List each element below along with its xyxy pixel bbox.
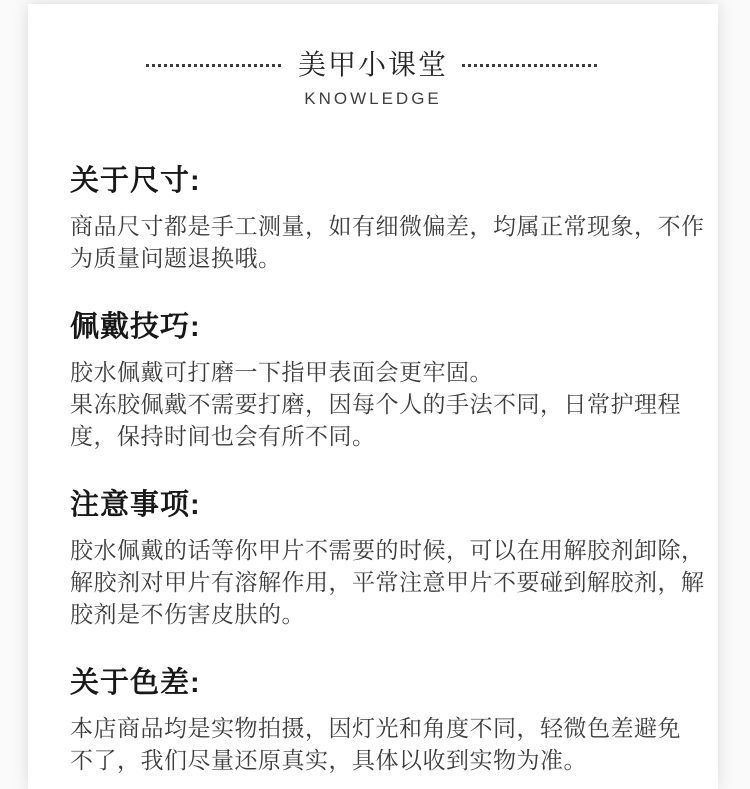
section-body-size: 商品尺寸都是手工测量，如有细微偏差，均属正常现象，不作 为质量问题退换哦。: [70, 210, 718, 274]
dash-line-right: [462, 64, 600, 67]
section-title-precautions: 注意事项:: [70, 488, 718, 522]
section-size: 关于尺寸: 商品尺寸都是手工测量，如有细微偏差，均属正常现象，不作 为质量问题退…: [70, 164, 718, 274]
section-wearing-tips: 佩戴技巧: 胶水佩戴可打磨一下指甲表面会更牢固。 果冻胶佩戴不需要打磨，因每个人…: [70, 310, 718, 452]
section-body-precautions: 胶水佩戴的话等你甲片不需要的时候，可以在用解胶剂卸除， 解胶剂对甲片有溶解作用，…: [70, 534, 718, 630]
section-title-color-difference: 关于色差:: [70, 666, 718, 700]
section-body-wearing-tips: 胶水佩戴可打磨一下指甲表面会更牢固。 果冻胶佩戴不需要打磨，因每个人的手法不同，…: [70, 356, 718, 452]
section-title-size: 关于尺寸:: [70, 164, 718, 198]
section-color-difference: 关于色差: 本店商品均是实物拍摄，因灯光和角度不同，轻微色差避免 不了，我们尽量…: [70, 666, 718, 776]
dash-line-left: [146, 64, 284, 67]
section-title-wearing-tips: 佩戴技巧:: [70, 310, 718, 344]
card-title: 美甲小课堂: [298, 48, 448, 82]
header-title-row: 美甲小课堂: [28, 48, 718, 82]
knowledge-card: 美甲小课堂 KNOWLEDGE 关于尺寸: 商品尺寸都是手工测量，如有细微偏差，…: [28, 4, 718, 789]
card-subtitle: KNOWLEDGE: [28, 88, 718, 110]
card-header: 美甲小课堂 KNOWLEDGE: [28, 4, 718, 110]
section-body-color-difference: 本店商品均是实物拍摄，因灯光和角度不同，轻微色差避免 不了，我们尽量还原真实，具…: [70, 712, 718, 776]
section-precautions: 注意事项: 胶水佩戴的话等你甲片不需要的时候，可以在用解胶剂卸除， 解胶剂对甲片…: [70, 488, 718, 630]
